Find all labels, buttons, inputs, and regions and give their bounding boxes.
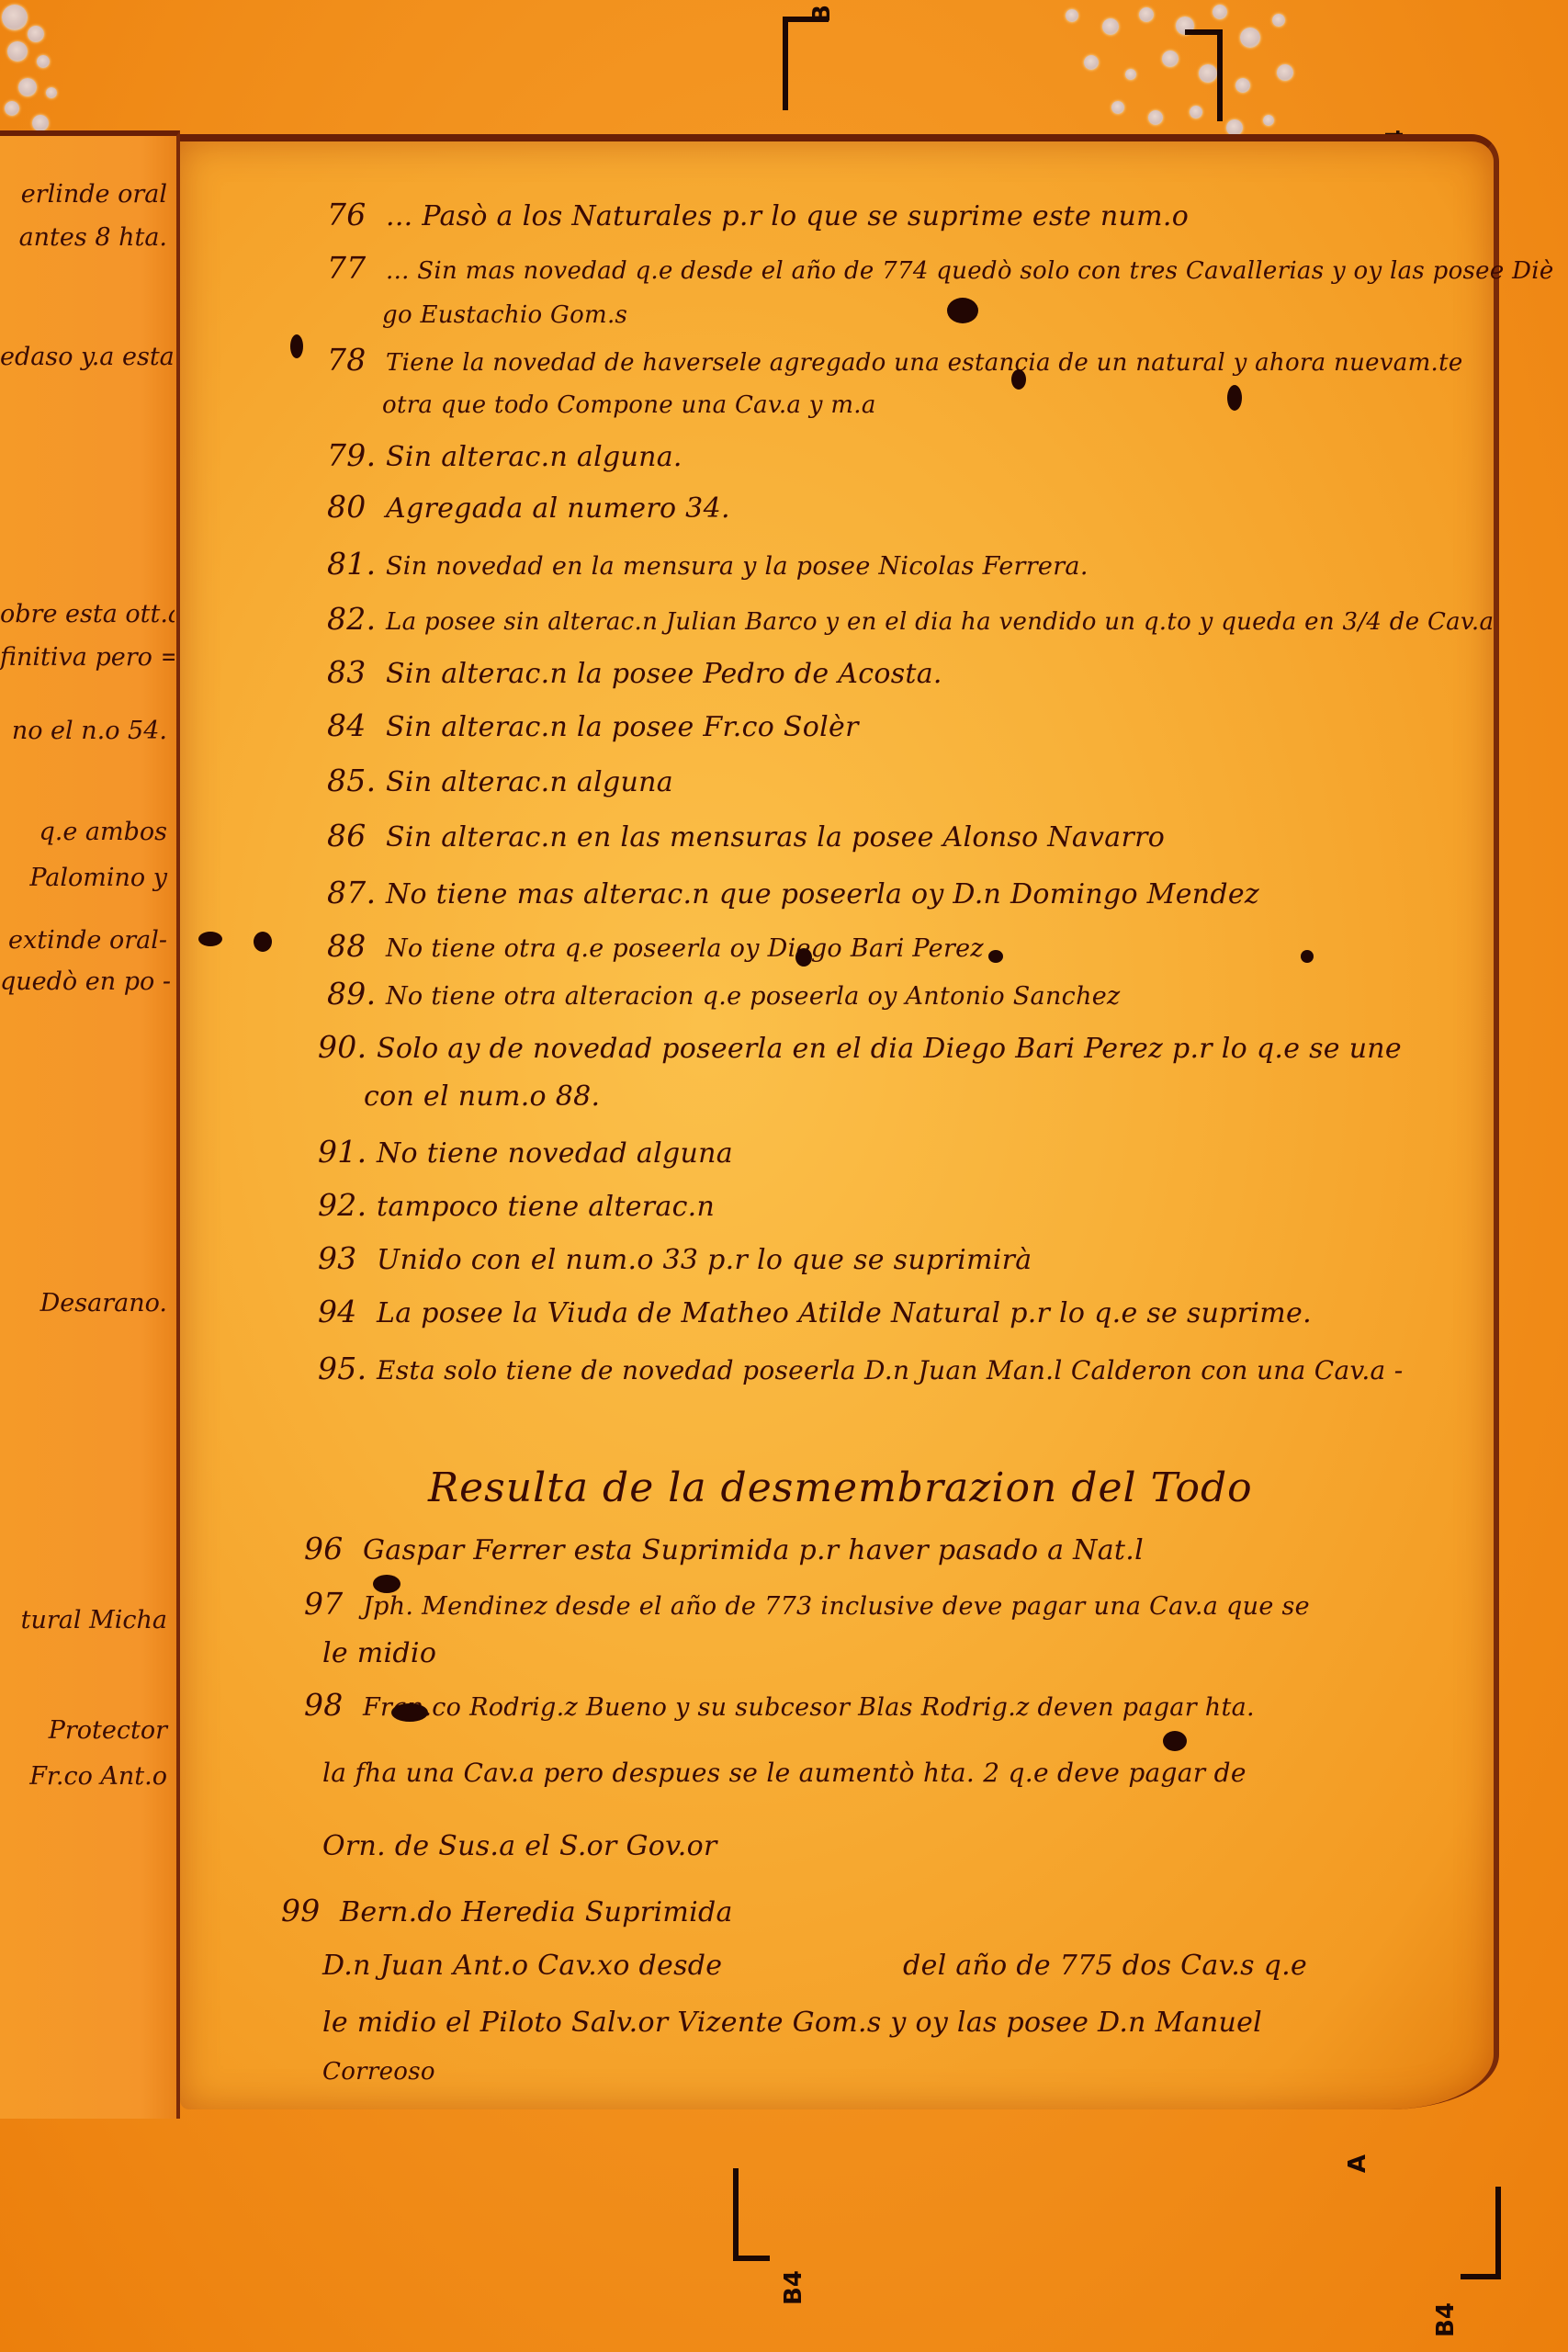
ink-blot — [1163, 1731, 1187, 1751]
entry-98-cont: la fha una Cav.a pero despues se le aume… — [322, 1757, 1247, 1789]
entry-83: 83Sin alterac.n la posee Pedro de Acosta… — [327, 654, 942, 690]
left-page-line: extinde oral- — [0, 926, 175, 955]
ink-blot — [988, 950, 1003, 963]
entry-90: 90.Solo ay de novedad poseerla en el dia… — [318, 1029, 1402, 1065]
ink-blot — [947, 298, 978, 323]
entry-91: 91.No tiene novedad alguna — [318, 1134, 733, 1170]
entry-77: 77... Sin mas novedad q.e desde el año d… — [327, 250, 1554, 286]
left-page-line: quedò en po - — [0, 967, 175, 996]
entry-90-cont: con el num.o 88. — [364, 1080, 600, 1113]
entry-87: 87.No tiene mas alterac.n que poseerla o… — [327, 875, 1259, 910]
entry-85: 85.Sin alterac.n alguna — [327, 763, 673, 798]
entry-80: 80Agregada al numero 34. — [327, 489, 730, 525]
entry-96: 96Gaspar Ferrer esta Suprimida p.r haver… — [304, 1531, 1144, 1566]
entry-98: 98Fran.co Rodrig.z Bueno y su subcesor B… — [304, 1687, 1255, 1723]
entry-99-cont2: le midio el Piloto Salv.or Vizente Gom.s… — [322, 2007, 1262, 2039]
manuscript-page: 76... Pasò a los Naturales p.r lo que se… — [180, 134, 1499, 2109]
crop-mark-label: B — [808, 5, 836, 23]
left-page-line: finitiva pero = — [0, 643, 175, 672]
entry-99-cont: D.n Juan Ant.o Cav.xo desde del año de 7… — [322, 1950, 1307, 1982]
entry-86: 86Sin alterac.n en las mensuras la posee… — [327, 818, 1165, 854]
entry-92: 92.tampoco tiene alterac.n — [318, 1187, 715, 1223]
left-page-line: tural Micha — [0, 1606, 175, 1634]
entry-81: 81.Sin novedad en la mensura y la posee … — [327, 546, 1089, 582]
ink-blot — [373, 1575, 400, 1593]
ink-blot — [290, 334, 303, 358]
entry-97-cont: le midio — [322, 1637, 436, 1669]
ink-blot — [198, 932, 222, 946]
entry-78-cont: otra que todo Compone una Cav.a y m.a — [382, 388, 876, 420]
entry-94: 94La posee la Viuda de Matheo Atilde Nat… — [318, 1294, 1312, 1329]
left-page-line: Fr.co Ant.o — [0, 1762, 175, 1791]
left-page-line: edaso y.a esta — [0, 343, 175, 371]
entry-97: 97Jph. Mendinez desde el año de 773 incl… — [304, 1586, 1310, 1622]
entry-93: 93Unido con el num.o 33 p.r lo que se su… — [318, 1240, 1032, 1276]
ink-blot — [1227, 385, 1242, 411]
entry-89: 89.No tiene otra alteracion q.e poseerla… — [327, 976, 1121, 1012]
left-page-line: Protector — [0, 1716, 175, 1745]
entry-95: 95.Esta solo tiene de novedad poseerla D… — [318, 1351, 1403, 1386]
left-page-line: q.e ambos — [0, 818, 175, 846]
crop-mark-label-a: A — [1344, 2154, 1371, 2173]
entry-98-cont2: Orn. de Sus.a el S.or Gov.or — [322, 1830, 717, 1862]
crop-mark-label: B4 — [780, 2270, 807, 2305]
entry-79: 79.Sin alterac.n alguna. — [327, 437, 682, 473]
entry-76: 76... Pasò a los Naturales p.r lo que se… — [327, 197, 1189, 232]
left-page-fragment: erlinde oral antes 8 hta. edaso y.a esta… — [0, 130, 180, 2119]
ink-blot — [254, 932, 272, 952]
left-page-line: erlinde oral — [0, 180, 175, 209]
entry-82: 82.La posee sin alterac.n Julian Barco y… — [327, 601, 1494, 637]
left-page-line: antes 8 hta. — [0, 223, 175, 252]
left-page-line: Palomino y — [0, 864, 175, 892]
left-page-line: Desarano. — [0, 1289, 175, 1317]
entry-77-cont: go Eustachio Gom.s — [382, 298, 627, 330]
section-heading: Resulta de la desmembrazion del Todo — [428, 1464, 1253, 1511]
entry-99-cont3: Correoso — [322, 2054, 435, 2086]
entry-99: 99Bern.do Heredia Suprimida — [281, 1893, 733, 1928]
entry-88: 88No tiene otra q.e poseerla oy Diego Ba… — [327, 928, 984, 964]
left-page-line: obre esta ott.a — [0, 600, 175, 628]
entry-78: 78Tiene la novedad de haversele agregado… — [327, 342, 1463, 378]
entry-84: 84Sin alterac.n la posee Fr.co Solèr — [327, 707, 859, 743]
ink-blot — [391, 1703, 428, 1722]
mould-spots-top-right — [1056, 0, 1314, 156]
left-page-line: no el n.o 54. — [0, 717, 175, 745]
ink-blot — [1301, 950, 1314, 963]
crop-mark-label: B4 — [1432, 2302, 1460, 2337]
ink-blot — [795, 948, 812, 967]
ink-blot — [1011, 369, 1026, 390]
